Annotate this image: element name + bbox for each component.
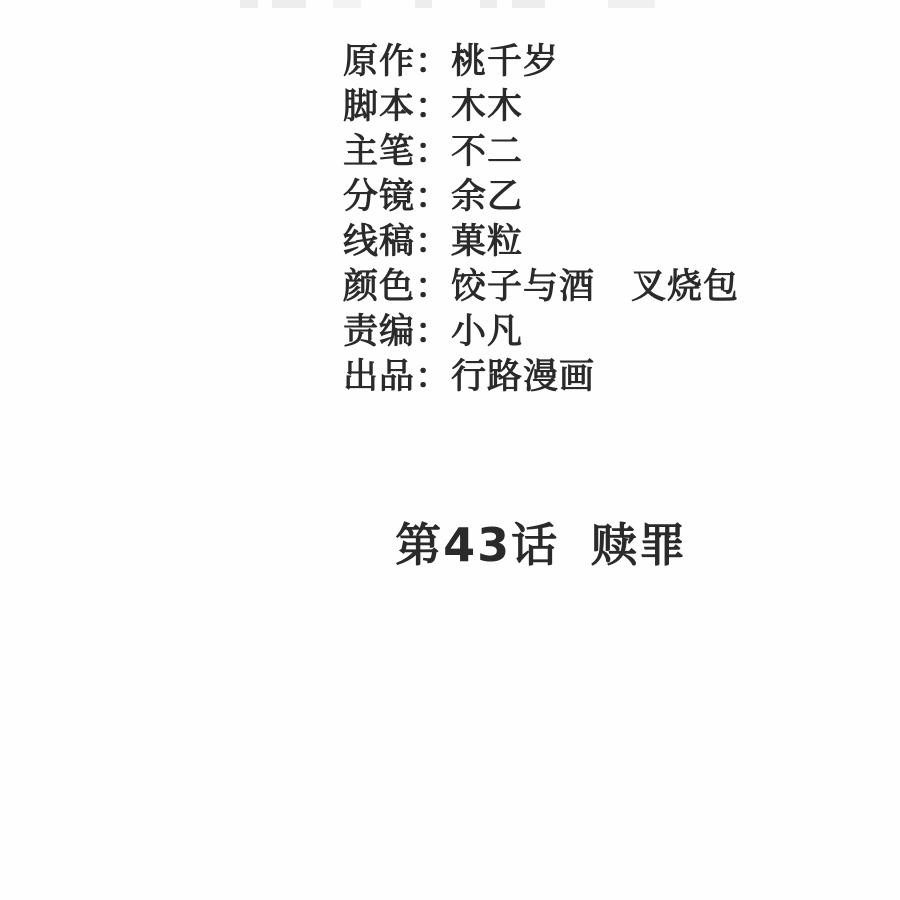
credit-row-lineart: 线稿：菓粒 (343, 216, 739, 261)
credit-role-label: 分镜： (343, 169, 451, 219)
credit-role-label: 脚本： (343, 79, 451, 129)
credit-name: 木木 (451, 79, 523, 129)
credit-role-label: 颜色： (343, 259, 451, 309)
credit-role-label: 出品： (343, 349, 451, 399)
crop-artifact (512, 0, 545, 8)
top-crop-artifacts (0, 0, 900, 10)
crop-artifact (240, 0, 258, 8)
credit-row-editor: 责编：小凡 (343, 306, 739, 351)
credit-row-original-author: 原作：桃千岁 (343, 36, 739, 81)
crop-artifact (608, 0, 655, 8)
chapter-name-label: 赎罪 (591, 518, 687, 572)
crop-artifact (415, 0, 432, 8)
credit-row-storyboard: 分镜：余乙 (343, 171, 739, 216)
credit-name: 小凡 (451, 304, 523, 354)
credit-role-label: 原作： (343, 34, 451, 84)
credit-row-script: 脚本：木木 (343, 81, 739, 126)
credit-name: 余乙 (451, 169, 523, 219)
chapter-number-label: 第43话 (395, 518, 559, 572)
crop-artifact (333, 0, 361, 8)
credit-name: 行路漫画 (451, 349, 595, 399)
credit-row-lead-artist: 主笔：不二 (343, 126, 739, 171)
credit-row-color: 颜色：饺子与酒 叉烧包 (343, 261, 739, 306)
crop-artifact (272, 0, 306, 8)
credit-role-label: 主笔： (343, 124, 451, 174)
credit-row-production: 出品：行路漫画 (343, 351, 739, 396)
credit-role-label: 责编： (343, 304, 451, 354)
credits-list: 原作：桃千岁 脚本：木木 主笔：不二 分镜：余乙 线稿：菓粒 颜色：饺子与酒 叉… (343, 36, 739, 396)
credit-name: 饺子与酒 叉烧包 (451, 259, 739, 309)
credit-name: 不二 (451, 124, 523, 174)
comic-credits-page: 原作：桃千岁 脚本：木木 主笔：不二 分镜：余乙 线稿：菓粒 颜色：饺子与酒 叉… (0, 0, 900, 900)
chapter-title: 第43话赎罪 (323, 455, 687, 629)
crop-artifact (480, 0, 497, 8)
credit-role-label: 线稿： (343, 214, 451, 264)
credit-name: 桃千岁 (451, 34, 559, 84)
credit-name: 菓粒 (451, 214, 523, 264)
